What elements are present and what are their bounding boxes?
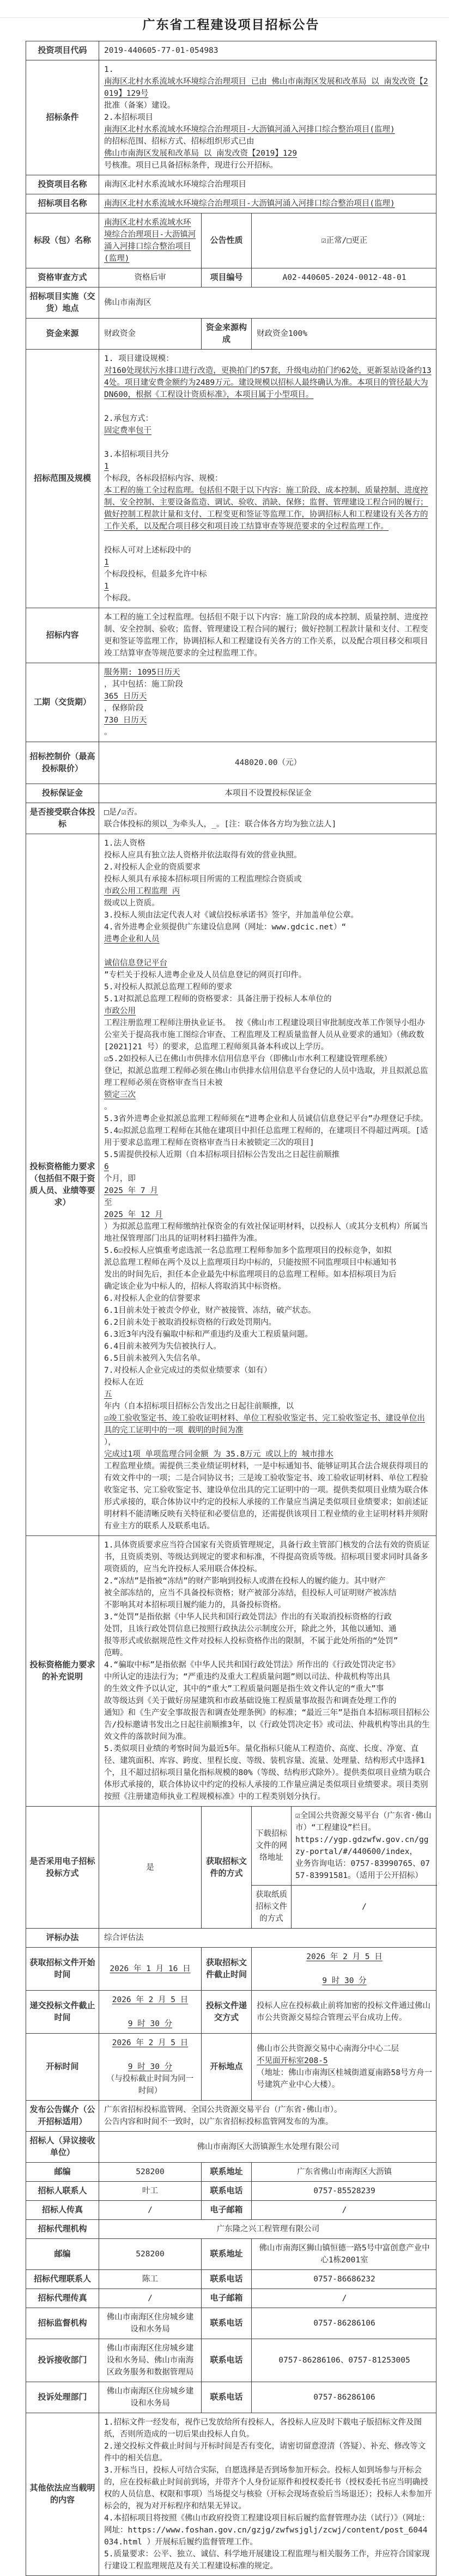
row-investment-project-code: 投资项目代码2019-440605-77-01-054983 [26,41,436,60]
complaint-handling-phone-value: 0757-86286106 [252,2382,437,2413]
subrow-download-address: 下载招标文件的网络地址☑全国公共资源交易平台（广东省·佛山市）“工程建设”栏目。… [252,1807,437,1886]
row-bid-opening: 开标时间2026 年 2 月 5 日9 时 30 分（与投标截止时间为同一时间）… [26,2034,436,2101]
doc-obtain-start-value: 2026 年 1 月 16 日 [99,1948,202,1990]
subrow-paper-method: 获取纸质招标文件的方式/ [252,1886,437,1928]
tender-content-label: 招标内容 [26,608,99,663]
row-complaint-handling: 投诉处理部门佛山市南海区住房城乡建设和水务局联系电话0757-86286106 [26,2382,436,2413]
bid-opening-time-value: 2026 年 2 月 5 日9 时 30 分（与投标截止时间为同一时间） [99,2034,202,2100]
agency-value: 广东隆之兴工程管理有限公司 [99,2220,437,2238]
bid-opening-place-value: 佛山市公共资源交易中心南海分中心二层不见面开标室208-5（地址：佛山市南海区桂… [252,2034,437,2100]
row-announcement-media: 发布公告媒介（公开招标适用）广东省招标投标监管网、全国公共资源交易平台（广东省·… [26,2101,436,2132]
supervision-phone-label: 联系电话 [202,2308,252,2339]
tenderer-postcode-label: 邮编 [26,2163,99,2181]
bid-bond-value: 本项目不设置投标保证金 [99,784,437,803]
announcement-nature-value: ☑正常/□更正 [252,213,437,268]
other-contents-value: 1.招标文件一经发布，视作已发放给所有投标人，各投标人应及时下载电子版招标文件及… [99,2413,437,2575]
tenderer-contact-label: 招标人联系人 [26,2182,99,2200]
qualification-supplement-label: 投标资格能力要求的补充说明 [26,1536,99,1806]
investment-project-code-label: 投资项目代码 [26,41,99,60]
row-agency-contact: 招标代理联系人陈工联系电话0757-86686232 [26,2270,436,2289]
submission-deadline-value: 2026 年 2 月 5 日9 时 30 分 [99,1991,202,2033]
row-tender-scope: 招标范围及规模1. 项目建设规模：对160处现状污水排口进行改造，更换拍门约57… [26,350,436,608]
row-tenderer-postcode: 邮编528200联系地址广东省佛山市南海区大沥镇 [26,2163,436,2182]
qualification-supplement-value: 1.具体资质要求应当符合国家有关资质管理规定，具备行政主管部门核发的合法有效的资… [99,1536,437,1806]
evaluation-method-value: 综合评估法 [99,1929,437,1947]
delivery-location-label: 招标项目实施（交货）地点 [26,287,99,318]
row-evaluation-method: 评标办法综合评估法 [26,1929,436,1948]
agency-phone-value: 0757-86686232 [252,2270,437,2289]
agency-fax-label: 招标代理传真 [26,2289,99,2308]
doc-obtain-start-label: 获取招标文件开始时间 [26,1948,99,1990]
qualification-review-value: 资格后审 [99,268,202,287]
agency-address-value: 佛山市南海区狮山镇恒德一路5号中富创意产业中心1栋2001室 [252,2239,437,2269]
submission-method-value: 投标人应在投标截止前将加密的投标文件通过佛山市公共资源交易综合管理云平台成功上传… [252,1991,437,2033]
agency-address-label: 联系地址 [202,2239,252,2269]
section-package-label: 标段（包）名称 [26,213,99,268]
announcement-nature-label: 公告性质 [202,213,252,268]
tender-project-name-label: 招标项目名称 [26,194,99,213]
row-bidder-qualification: 投标资格能力要求（包括但不限于资质人员、业绩等要求）1.法人资格投标人应具有独立… [26,834,436,1536]
investment-project-code-value: 2019-440605-77-01-054983 [99,41,437,60]
agency-label: 招标代理机构 [26,2220,99,2238]
row-supervision-agency: 招标监督机构佛山市南海区住房城乡建设和水务局联系电话0757-86286106 [26,2308,436,2339]
investment-project-name-label: 投资项目名称 [26,175,99,194]
tenderer-value: 佛山市南海区大沥镇源生水处理有限公司 [99,2132,437,2162]
announcement-media-label: 发布公告媒介（公开招标适用） [26,2101,99,2131]
download-address-value: ☑全国公共资源交易平台（广东省·佛山市）“工程建设”栏目。https://ygp… [292,1807,437,1885]
project-number-label: 项目编号 [202,268,252,287]
evaluation-method-label: 评标办法 [26,1929,99,1947]
row-tenderer: 招标人（异议接收单位）佛山市南海区大沥镇源生水处理有限公司 [26,2132,436,2163]
supervision-phone-value: 0757-86286106 [252,2308,437,2339]
other-contents-label: 其他依法应当载明的内容 [26,2413,99,2575]
tenderer-label: 招标人（异议接收单位） [26,2132,99,2162]
electronic-bidding-label: 是否采用电子招标投标方式 [26,1807,99,1928]
agency-fax-value: / [99,2289,202,2308]
row-agency-postcode: 邮编528200联系地址佛山市南海区狮山镇恒德一路5号中富创意产业中心1栋200… [26,2239,436,2270]
tenderer-address-label: 联系地址 [202,2163,252,2181]
consortium-bidding-label: 是否接受联合体投标 [26,803,99,834]
doc-obtain-deadline-value: 2026 年 2 月 5 日9 时 30 分 [252,1948,437,1990]
paper-method-value: / [292,1886,437,1928]
row-tenderer-contact: 招标人联系人叶工联系电话0757-85528239 [26,2182,436,2201]
row-fund-source: 资金来源财政资金资金来源构成财政资金100% [26,319,436,350]
agency-postcode-value: 528200 [99,2239,202,2269]
investment-project-name-value: 南海区北村水系流域水环境综合治理项目 [99,175,437,194]
tender-scope-label: 招标范围及规模 [26,350,99,608]
complaint-handling-phone-label: 联系电话 [202,2382,252,2413]
row-complaint-receiving: 投诉接收部门佛山市南海区住房城乡建设和水务局、佛山市南海区政务服务和数据管理局联… [26,2339,436,2382]
construction-period-label: 工期（交货期） [26,663,99,742]
fund-composition-value: 财政资金100% [252,319,437,349]
complaint-receiving-phone-label: 联系电话 [202,2339,252,2382]
row-bid-bond: 投标保证金本项目不设置投标保证金 [26,784,436,803]
row-tender-project-name: 招标项目名称南海区北村水系流域水环境综合治理项目-大沥镇河涌入河排口综合整治项目… [26,194,436,213]
paper-method-label: 获取纸质招标文件的方式 [252,1886,292,1928]
row-tender-conditions: 招标条件1. 南海区北村水系流域水环境综合治理项目 已由 佛山市南海区发展和改革… [26,60,436,175]
complaint-receiving-phone-value: 0757-86286106、0757-81253005 [252,2339,437,2382]
row-other-contents: 其他依法应当载明的内容1.招标文件一经发布，视作已发放给所有投标人，各投标人应及… [26,2413,436,2575]
qualification-review-label: 资格审查方式 [26,268,99,287]
tenderer-contact-value: 叶工 [99,2182,202,2200]
doc-obtain-deadline-label: 获取招标文件截止时间 [202,1948,252,1990]
control-price-label: 招标控制价（最高投标限价） [26,742,99,784]
agency-postcode-label: 邮编 [26,2239,99,2269]
tender-conditions-value: 1. 南海区北村水系流域水环境综合治理项目 已由 佛山市南海区发展和改革局 以 … [99,60,437,175]
agency-contact-value: 陈工 [99,2270,202,2289]
electronic-bidding-value: 是 [99,1807,202,1928]
submission-deadline-label: 递交投标文件截止时间 [26,1991,99,2033]
supervision-agency-value: 佛山市南海区住房城乡建设和水务局 [99,2308,202,2339]
row-qualification-review: 资格审查方式资格后审项目编号A02-440605-2024-0012-48-01 [26,268,436,287]
agency-email-label: 电子邮箱 [202,2289,252,2308]
row-electronic-bidding: 是否采用电子招标投标方式是获取招标文件的方式下载招标文件的网络地址☑全国公共资源… [26,1807,436,1929]
tender-content-value: 本工程的施工全过程监理。包括但不限于以下内容：施工阶段的成本控制、质量控制、进度… [99,608,437,663]
complaint-handling-label: 投诉处理部门 [26,2382,99,2413]
row-submission: 递交投标文件截止时间2026 年 2 月 5 日9 时 30 分投标文件递交方式… [26,1991,436,2034]
download-address-label: 下载招标文件的网络地址 [252,1807,292,1885]
tenderer-fax-label: 招标人传真 [26,2201,99,2219]
bid-opening-time-label: 开标时间 [26,2034,99,2100]
page: { "page": { "title": "广东省工程建设项目招标公告", "c… [0,15,449,2073]
row-qualification-supplement: 投标资格能力要求的补充说明1.具体资质要求应当符合国家有关资质管理规定，具备行政… [26,1536,436,1807]
tenderer-email-label: 电子邮箱 [202,2201,252,2219]
row-tenderer-fax: 招标人传真/电子邮箱/ [26,2201,436,2220]
row-section-package: 标段（包）名称南海区北村水系流域水环境综合治理项目-大沥镇河涌入河排口综合整治项… [26,213,436,268]
control-price-value: 448020.00（元） [99,742,437,784]
bidder-qualification-value: 1.法人资格投标人应具有独立法人资格并依法取得有效的营业执照。2.对投标人企业的… [99,834,437,1535]
row-doc-obtain-time: 获取招标文件开始时间2026 年 1 月 16 日获取招标文件截止时间2026 … [26,1948,436,1991]
submission-method-label: 投标文件递交方式 [202,1991,252,2033]
complaint-receiving-value: 佛山市南海区住房城乡建设和水务局、佛山市南海区政务服务和数据管理局 [99,2339,202,2382]
tenderer-address-value: 广东省佛山市南海区大沥镇 [252,2163,437,2181]
fund-source-label: 资金来源 [26,319,99,349]
announcement-media-value: 广东省招标投标监管网、全国公共资源交易平台（广东省·佛山市）。公告内容和时间不一… [99,2101,437,2131]
complaint-receiving-label: 投诉接收部门 [26,2339,99,2382]
agency-email-value: / [252,2289,437,2308]
bid-opening-place-label: 开标地点 [202,2034,252,2100]
row-tender-content: 招标内容本工程的施工全过程监理。包括但不限于以下内容：施工阶段的成本控制、质量控… [26,608,436,663]
row-consortium-bidding: 是否接受联合体投标□是/☑否。联合体投标的须以_为牵头人，_。[注：联合体各方均… [26,803,436,834]
tender-scope-value: 1. 项目建设规模：对160处现状污水排口进行改造，更换拍门约57套，升级电动拍… [99,350,437,608]
tenderer-phone-label: 联系电话 [202,2182,252,2200]
supervision-agency-label: 招标监督机构 [26,2308,99,2339]
agency-contact-label: 招标代理联系人 [26,2270,99,2289]
tenderer-fax-value: / [99,2201,202,2219]
row-delivery-location: 招标项目实施（交货）地点佛山市南海区 [26,287,436,319]
agency-phone-label: 联系电话 [202,2270,252,2289]
bid-bond-label: 投标保证金 [26,784,99,803]
bidder-qualification-label: 投标资格能力要求（包括但不限于资质人员、业绩等要求） [26,834,99,1535]
row-agency: 招标代理机构广东隆之兴工程管理有限公司 [26,2220,436,2239]
fund-source-value: 财政资金 [99,319,202,349]
tender-project-name-value: 南海区北村水系流域水环境综合治理项目-大沥镇河涌入河排口综合整治项目(监理) [99,194,437,213]
row-control-price: 招标控制价（最高投标限价）448020.00（元） [26,742,436,784]
tenderer-email-value: / [252,2201,437,2219]
tender-table: 投资项目代码2019-440605-77-01-054983招标条件1. 南海区… [26,41,436,2576]
row-agency-fax: 招标代理传真/电子邮箱/ [26,2289,436,2308]
obtain-method-detail: 下载招标文件的网络地址☑全国公共资源交易平台（广东省·佛山市）“工程建设”栏目。… [252,1807,437,1928]
complaint-handling-value: 佛山市南海区住房城乡建设和水务局 [99,2382,202,2413]
construction-period-value: 服务期: 1095日历天，其中包括：施工阶段 365 日历天 ，保修阶段730 … [99,663,437,742]
obtain-method-label: 获取招标文件的方式 [202,1807,252,1928]
delivery-location-value: 佛山市南海区 [99,287,437,318]
section-package-value: 南海区北村水系流域水环境综合治理项目-大沥镇河涌入河排口综合整治项目(监理) [99,213,202,268]
consortium-bidding-value: □是/☑否。联合体投标的须以_为牵头人，_。[注：联合体各方均为独立法人] [99,803,437,834]
row-investment-project-name: 投资项目名称南海区北村水系流域水环境综合治理项目 [26,175,436,194]
tenderer-phone-value: 0757-85528239 [252,2182,437,2200]
top-divider-line [0,17,449,18]
tender-conditions-label: 招标条件 [26,60,99,175]
project-number-value: A02-440605-2024-0012-48-01 [252,268,437,287]
fund-composition-label: 资金来源构成 [202,319,252,349]
row-construction-period: 工期（交货期）服务期: 1095日历天，其中包括：施工阶段 365 日历天 ，保… [26,663,436,742]
tenderer-postcode-value: 528200 [99,2163,202,2181]
